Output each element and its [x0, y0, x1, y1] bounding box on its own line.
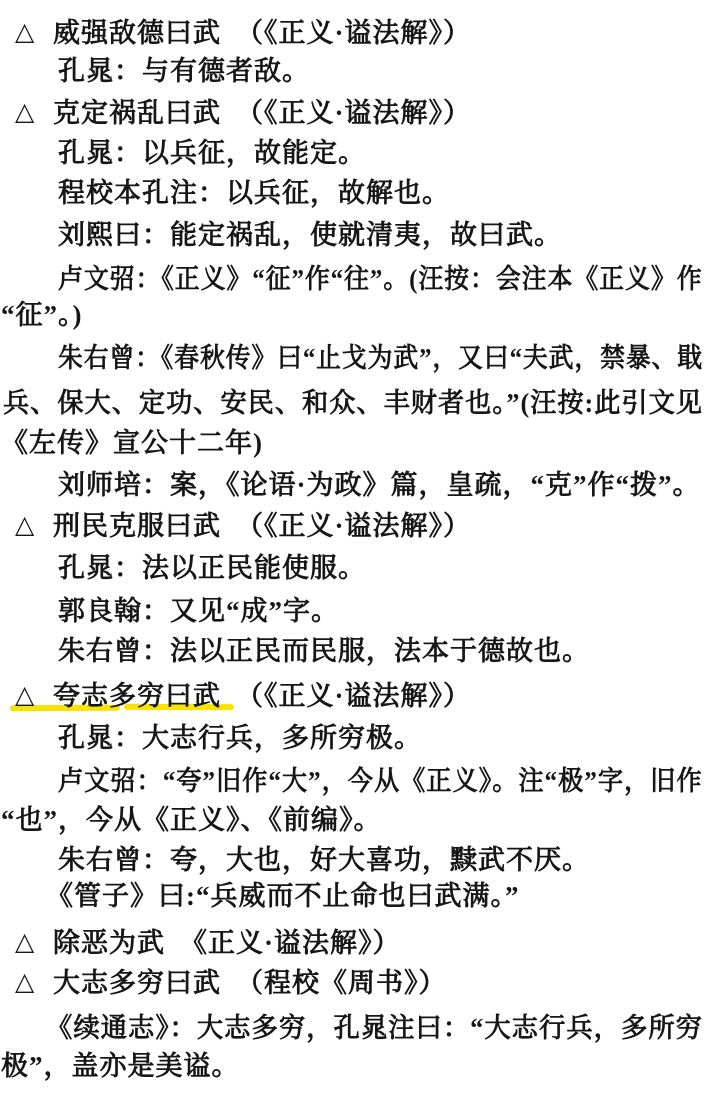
triangle-marker: △	[15, 928, 41, 958]
commentary-line: 卢文弨：“夸”旧作“大”，今从《正义》。注“极”字，旧作	[58, 765, 661, 797]
commentary-line: 程校本孔注：以兵征，故解也。	[58, 177, 703, 209]
entry-source: （程校《周书》）	[236, 968, 447, 998]
entry-title: 大志多穷曰武	[53, 968, 221, 998]
entry-title: 威强敌德曰武	[53, 18, 221, 48]
continuation-line: 兵、保大、定功、安民、和众、丰财者也。”(汪按:此引文见	[3, 387, 683, 419]
commentary-line: 卢文弨：《正义》“征”作“往”。(汪按：会注本《正义》作	[58, 263, 653, 295]
continuation-line: 极”，盖亦是美谥。	[1, 1050, 703, 1082]
commentary-line: 孔晁：大志行兵，多所穷极。	[58, 722, 703, 754]
entry-line: △刑民克服曰武（《正义·谥法解》）	[15, 510, 703, 543]
entry-title: 夸志多穷曰武	[53, 681, 221, 711]
entry-line: △克定祸乱曰武（《正义·谥法解》）	[15, 97, 703, 130]
entry-title: 克定祸乱曰武	[53, 98, 221, 128]
entry-line: △除恶为武《正义·谥法解》）	[15, 927, 703, 960]
triangle-marker: △	[15, 681, 41, 711]
commentary-line: 《续通志》：大志多穷，孔晁注曰：“大志行兵，多所穷	[46, 1012, 687, 1044]
entry-source: （《正义·谥法解》）	[236, 681, 471, 711]
triangle-marker: △	[15, 18, 41, 48]
triangle-marker: △	[15, 968, 41, 998]
commentary-line: 《管子》曰:“兵威而不止命也曰武满。”	[46, 880, 703, 912]
scanned-document-page: △威强敌德曰武（《正义·谥法解》） 孔晁：与有德者敌。 △克定祸乱曰武（《正义·…	[0, 0, 709, 1098]
commentary-line: 朱右曾：法以正民而民服，法本于德故也。	[58, 635, 703, 667]
entry-source: （《正义·谥法解》）	[236, 98, 471, 128]
entry-source: （《正义·谥法解》）	[236, 511, 471, 541]
entry-title: 刑民克服曰武	[53, 511, 221, 541]
commentary-line: 孔晁：法以正民能使服。	[58, 552, 703, 584]
triangle-marker: △	[15, 98, 41, 128]
commentary-line: 孔晁：以兵征，故能定。	[58, 137, 703, 169]
commentary-line: 孔晁：与有德者敌。	[58, 55, 703, 87]
continuation-line: “也”，今从《正义》、《前编》。	[1, 804, 703, 836]
entry-title: 除恶为武	[53, 928, 165, 958]
entry-source: 《正义·谥法解》）	[180, 928, 401, 958]
commentary-line: 郭良翰：又见“成”字。	[58, 595, 703, 627]
commentary-line: 朱右曾：夸，大也，好大喜功，黩武不厌。	[58, 844, 703, 876]
commentary-line: 刘师培：案，《论语·为政》篇，皇疏，“克”作“拨”。	[58, 469, 703, 501]
triangle-marker: △	[15, 511, 41, 541]
entry-source: （《正义·谥法解》）	[236, 18, 471, 48]
entry-line: △大志多穷曰武（程校《周书》）	[15, 967, 703, 1000]
entry-line-highlighted: △夸志多穷曰武（《正义·谥法解》）	[15, 680, 703, 713]
continuation-line: 《左传》宣公十二年)	[1, 427, 703, 459]
commentary-line: 朱右曾：《春秋传》曰“止戈为武”，又曰“夫武，禁暴、戢	[58, 342, 651, 374]
continuation-line: “征”。)	[1, 299, 703, 331]
entry-line: △威强敌德曰武（《正义·谥法解》）	[15, 17, 703, 50]
commentary-line: 刘熙曰：能定祸乱，使就清夷，故曰武。	[58, 219, 703, 251]
